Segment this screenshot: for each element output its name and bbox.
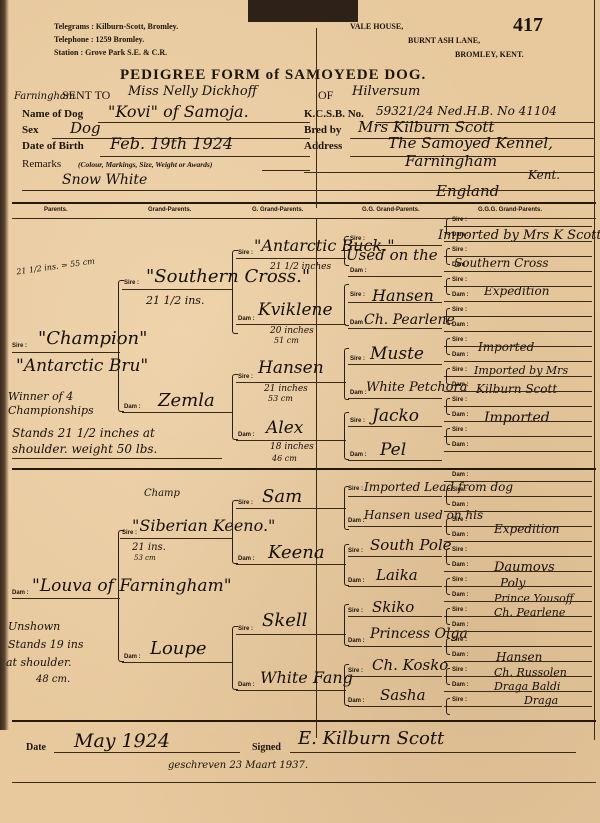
dam-note-2: Stands 19 ins <box>8 638 84 651</box>
column-header-parents: Parents. <box>44 207 68 213</box>
zemla-bracket <box>232 374 238 440</box>
ggggp-rule-label: Sire : <box>452 277 467 283</box>
ggp-6-name: Keena <box>268 542 325 563</box>
column-header-gg-grand-parents: G.G. Grand-Parents. <box>362 207 420 213</box>
ggp-7-name: Skell <box>262 610 307 631</box>
ggggp-rule-label: Sire : <box>452 367 467 373</box>
ggggp-note-4: Imported <box>478 340 534 354</box>
ggggp-rule-line <box>444 361 592 362</box>
ggggp-rule-label: Sire : <box>452 487 467 493</box>
ggggp-note-9: Daumovs <box>494 560 555 575</box>
loupe-bracket <box>232 626 238 690</box>
keeno-bracket <box>232 500 238 564</box>
ggggp-rule-line <box>444 586 592 587</box>
ggp-2-underline <box>236 324 346 325</box>
ggggp-bracket <box>446 518 450 535</box>
address-line-1: VALE HOUSE, <box>350 22 403 31</box>
gggp-bracket-3 <box>344 348 349 400</box>
gggp-6-underline <box>348 398 442 399</box>
dam-note-1: Unshown <box>8 620 60 633</box>
gggp-1-label: Sire : <box>350 236 365 242</box>
gggp-13-name: Skiko <box>372 598 414 616</box>
kcsb-label: K.C.S.B. No. <box>304 108 364 120</box>
gggp-3-label: Sire : <box>350 292 365 298</box>
gggp-16-underline <box>348 706 442 707</box>
ggp-7-underline <box>236 634 346 635</box>
remarks-hint: (Colour, Markings, Size, Weight or Award… <box>78 160 212 169</box>
dam-sire-note-2: 53 cm <box>134 554 156 562</box>
sire-dam-divider <box>12 468 596 470</box>
gggp-bracket-4 <box>344 412 349 460</box>
ggggp-rule-line <box>444 256 592 257</box>
ggp-7-label: Sire : <box>238 626 253 632</box>
ggggp-rule-label: Sire : <box>452 637 467 643</box>
gggp-15-name: Ch. Kosko <box>372 656 448 674</box>
pedigree-document: Telegrams : Kilburn-Scott, Bromley. Tele… <box>0 0 600 823</box>
ggggp-bracket <box>446 308 450 325</box>
sire-underline <box>12 352 120 353</box>
gggp-13-label: Sire : <box>348 608 363 614</box>
gggp-3-underline <box>348 302 442 303</box>
ggggp-rule-line <box>444 556 592 557</box>
signed-underline <box>290 752 576 753</box>
ggggp-bracket <box>446 548 450 565</box>
address-line-2: BURNT ASH LANE, <box>408 36 480 45</box>
sex-value: Dog <box>70 119 101 137</box>
sent-to-label: SENT TO <box>62 88 110 103</box>
dob-value: Feb. 19th 1924 <box>110 134 233 153</box>
sire-sire-note: 21 1/2 ins. <box>146 294 204 307</box>
ggggp-rule-label: Sire : <box>452 337 467 343</box>
ggggp-rule-line <box>444 286 592 287</box>
ggggp-note-8: Expedition <box>494 522 559 536</box>
remarks-value: Snow White <box>62 172 147 188</box>
ggggp-note-10: Poly <box>500 576 525 590</box>
ggggp-rule-label: Sire : <box>452 247 467 253</box>
dam-sire-note-1: 21 ins. <box>132 542 166 553</box>
ggggp-rule-label: Dam : <box>452 472 469 478</box>
ggggp-rule-line <box>444 616 592 617</box>
ggp-4-note-2: 46 cm <box>272 454 297 463</box>
ggggp-rule-line <box>444 301 592 302</box>
ggp-5-name: Sam <box>262 486 302 507</box>
ggp-2-note-2: 51 cm <box>274 336 299 345</box>
gggp-16-name: Sasha <box>380 686 426 704</box>
ggggp-rule-line <box>444 676 592 677</box>
gggp-11-name: South Pole <box>370 536 452 554</box>
header-top-rule <box>12 202 596 204</box>
ggggp-rule-line <box>444 241 592 242</box>
ggp-3-label: Sire : <box>238 374 253 380</box>
column-header-grand-parents: Grand-Parents. <box>148 207 191 213</box>
ggp-3-note-1: 21 inches <box>264 384 308 394</box>
gggp-9-underline <box>348 496 442 497</box>
dam-dam-label: Dam : <box>124 654 141 660</box>
name-value: "Kovi" of Samoja. <box>108 102 249 121</box>
gggp-7-underline <box>348 426 442 427</box>
sire-name-line1: "Champion" <box>38 328 147 349</box>
form-title: PEDIGREE FORM of SAMOYEDE DOG. <box>120 67 426 84</box>
ggggp-rule-label: Dam : <box>452 352 469 358</box>
gggp-10-underline <box>348 526 442 527</box>
ggp-3-underline <box>236 382 346 383</box>
ggggp-rule-line <box>444 421 592 422</box>
ggggp-rule-line <box>444 481 592 482</box>
ggggp-rule-line <box>444 601 592 602</box>
dam-dam-underline <box>122 662 232 663</box>
address-underline-3 <box>304 190 594 191</box>
date-label: Date <box>26 742 46 753</box>
gggp-12-name: Laika <box>376 566 418 584</box>
ggp-1-label: Sire : <box>238 250 253 256</box>
gggp-15-label: Sire : <box>348 668 363 674</box>
ggggp-rule-line <box>444 331 592 332</box>
gggp-16-label: Dam : <box>348 698 365 704</box>
ggggp-rule-label: Dam : <box>452 622 469 628</box>
sire-label: Sire : <box>12 343 27 349</box>
gggp-7-label: Sire : <box>350 418 365 424</box>
ggggp-bracket <box>446 638 450 655</box>
column-header-g-grand-parents: G. Grand-Parents. <box>252 207 303 213</box>
sire-notes-underline <box>12 458 222 459</box>
dam-label: Dam : <box>12 590 29 596</box>
ggggp-rule-label: Dam : <box>452 262 469 268</box>
address-value-2: Farningham <box>405 152 497 170</box>
column-header-ggg-grand-parents: G.G.G. Grand-Parents. <box>478 207 542 213</box>
ggggp-rule-line <box>444 406 592 407</box>
address-value-1: The Samoyed Kennel, <box>388 134 553 152</box>
sire-dam-name: Zemla <box>158 390 215 411</box>
right-border <box>594 0 595 740</box>
gggp-15-underline <box>348 676 442 677</box>
gggp-8-label: Dam : <box>350 452 367 458</box>
ggggp-rule-label: Sire : <box>452 427 467 433</box>
ggggp-rule-line <box>444 661 592 662</box>
ggp-6-underline <box>236 564 346 565</box>
dam-underline <box>12 598 120 599</box>
ggggp-note-6: Kilburn Scott <box>476 382 557 396</box>
ggggp-rule-label: Dam : <box>452 382 469 388</box>
dam-name: "Louva of Farningham" <box>32 576 232 596</box>
ggggp-bracket <box>446 248 450 265</box>
sire-sire-underline <box>122 289 232 290</box>
ggggp-note-11: Prince Yousoff <box>494 592 574 605</box>
ggggp-rule-label: Dam : <box>452 592 469 598</box>
ggggp-rule-label: Dam : <box>452 502 469 508</box>
dam-sire-name: "Siberian Keeno." <box>132 516 275 535</box>
gggp-14-label: Dam : <box>348 638 365 644</box>
ggggp-rule-label: Sire : <box>452 217 467 223</box>
ggggp-rule-line <box>444 646 592 647</box>
ggggp-rule-label: Sire : <box>452 307 467 313</box>
gggp-2-label: Dam : <box>350 268 367 274</box>
dam-dam-name: Loupe <box>150 638 207 659</box>
dam-note-4: 48 cm. <box>36 674 70 685</box>
ggggp-rule-label: Sire : <box>452 517 467 523</box>
ggggp-rule-line <box>444 496 592 497</box>
ggp-2-note-1: 20 inches <box>270 326 314 336</box>
form-number: 417 <box>513 14 543 37</box>
sire-note-top: 21 1/2 ins. = 55 cm <box>16 257 96 277</box>
dam-note-3: at shoulder. <box>6 656 72 669</box>
ggp-2-name: Kviklene <box>258 300 333 320</box>
sire-sire-label: Sire : <box>124 280 139 286</box>
ggggp-bracket <box>446 578 450 595</box>
date-value: May 1924 <box>74 730 170 752</box>
ggggp-rule-label: Dam : <box>452 232 469 238</box>
ggggp-rule-line <box>444 436 592 437</box>
gggp-11-underline <box>348 556 442 557</box>
address-value-3: Kent. <box>528 168 560 182</box>
ggggp-bracket <box>446 278 450 295</box>
name-underline <box>98 122 310 123</box>
gggp-5-name: Muste <box>370 344 424 364</box>
ggp-1-underline <box>236 258 346 259</box>
ggggp-rule-line <box>444 391 592 392</box>
sex-label: Sex <box>22 124 39 136</box>
address-line-3: BROMLEY, KENT. <box>455 50 524 59</box>
of-label: OF <box>318 88 333 103</box>
ggggp-rule-label: Dam : <box>452 682 469 688</box>
gggp-4-underline <box>348 328 442 329</box>
ggggp-rule-label: Dam : <box>452 412 469 418</box>
ggggp-bracket <box>446 668 450 685</box>
header-bottom-rule <box>12 218 596 219</box>
ggggp-bracket <box>446 608 450 625</box>
gggp-12-underline <box>348 586 442 587</box>
dam-bracket <box>118 530 124 662</box>
gggp-1-underline <box>348 245 442 246</box>
ggp-8-underline <box>236 690 346 691</box>
sire-note-4: shoulder. weight 50 lbs. <box>12 442 157 456</box>
gggp-4-name: Ch. Pearlene <box>364 312 455 328</box>
ggggp-rule-label: Sire : <box>452 697 467 703</box>
dam-sire-underline <box>120 538 232 539</box>
remarks-underline-2 <box>22 190 310 191</box>
ink-blot <box>248 0 358 22</box>
dob-label: Date of Birth <box>22 140 84 152</box>
ggp-4-label: Dam : <box>238 432 255 438</box>
ggggp-rule-label: Dam : <box>452 562 469 568</box>
ggggp-rule-label: Sire : <box>452 667 467 673</box>
ggggp-rule-label: Sire : <box>452 397 467 403</box>
ggggp-rule-label: Dam : <box>452 652 469 658</box>
sire-bracket <box>118 280 124 412</box>
telephone-line: Telephone : 1259 Bromley. <box>54 35 144 44</box>
ggggp-rule-line <box>444 271 592 272</box>
ggp-5-label: Sire : <box>238 500 253 506</box>
ggggp-note-12: Ch. Pearlene <box>494 606 565 619</box>
gggp-5-underline <box>348 364 442 365</box>
gggp-6-label: Dam : <box>350 390 367 396</box>
ggggp-rule-line <box>444 541 592 542</box>
gggp-9-name: Imported Lead from dog <box>364 480 513 494</box>
dam-sire-prefix: Champ <box>144 488 180 499</box>
ggggp-bracket <box>446 368 450 385</box>
address-value-4: England <box>436 182 499 200</box>
ggp-1-note: 21 1/2 inches <box>270 262 331 272</box>
remarks-underline <box>262 170 310 171</box>
ggggp-rule-line <box>444 376 592 377</box>
gggp-8-underline <box>348 460 442 461</box>
footer-annotation: geschreven 23 Maart 1937. <box>168 760 308 771</box>
ggp-4-name: Alex <box>266 418 303 438</box>
ggggp-rule-label: Sire : <box>452 577 467 583</box>
station-line: Station : Grove Park S.E. & C.R. <box>54 48 167 57</box>
signed-label: Signed <box>252 742 281 753</box>
sire-note-2: Championships <box>8 404 94 417</box>
telegrams-line: Telegrams : Kilburn-Scott, Bromley. <box>54 22 178 31</box>
ggggp-rule-line <box>444 571 592 572</box>
signed-value: E. Kilburn Scott <box>298 728 444 749</box>
bred-by-label: Bred by <box>304 124 341 136</box>
footer-bottom-rule <box>12 782 596 783</box>
ggggp-rule-label: Sire : <box>452 607 467 613</box>
ggggp-rule-line <box>444 631 592 632</box>
sire-dam-underline <box>122 412 232 413</box>
ggggp-rule-line <box>444 226 592 227</box>
gggp-bracket-2 <box>344 284 349 326</box>
ggggp-bracket <box>446 218 450 235</box>
ggggp-rule-label: Dam : <box>452 532 469 538</box>
ggp-4-underline <box>236 440 346 441</box>
ggggp-note-7: Imported <box>484 410 550 426</box>
sire-name-line2: "Antarctic Bru" <box>16 356 148 376</box>
ggggp-bracket <box>446 698 450 715</box>
gggp-11-label: Sire : <box>348 548 363 554</box>
ggggp-note-14: Ch. Russolen <box>494 666 567 679</box>
ggggp-rule-label: Dam : <box>452 292 469 298</box>
dob-underline <box>100 156 310 157</box>
gggp-7-name: Jacko <box>372 406 419 426</box>
sire-note-3: Stands 21 1/2 inches at <box>12 426 155 440</box>
of-value: Hilversum <box>352 84 420 99</box>
gggp-8-name: Pel <box>380 440 406 460</box>
gggp-5-label: Sire : <box>350 356 365 362</box>
kcsb-value: 59321/24 Ned.H.B. No 41104 <box>376 104 557 118</box>
ggggp-rule-label: Dam : <box>452 322 469 328</box>
ggp-2-label: Dam : <box>238 316 255 322</box>
gggp-12-label: Dam : <box>348 578 365 584</box>
ggggp-rule-line <box>444 526 592 527</box>
ggp-3-note-2: 53 cm <box>268 394 293 403</box>
ggp-3-name: Hansen <box>258 358 324 378</box>
ggggp-rule-line <box>444 346 592 347</box>
footer-top-rule <box>12 720 596 722</box>
sire-note-1: Winner of 4 <box>8 390 73 403</box>
gggp-14-underline <box>348 646 442 647</box>
ggp-8-name: White Fang <box>260 668 353 687</box>
date-underline <box>54 752 240 753</box>
gggp-13-underline <box>348 616 442 617</box>
address-label: Address <box>304 140 342 152</box>
ggggp-rule-line <box>444 451 592 452</box>
ggggp-rule-line <box>444 316 592 317</box>
ggggp-bracket <box>446 338 450 355</box>
ggggp-bracket <box>446 428 450 445</box>
central-divider <box>316 218 317 738</box>
gggp-10-label: Dam : <box>348 518 365 524</box>
ggp-4-note-1: 18 inches <box>270 442 314 452</box>
gggp-1-text: Used on the <box>346 246 438 264</box>
ggp-8-label: Dam : <box>238 682 255 688</box>
sire-dam-label: Dam : <box>124 404 141 410</box>
ggggp-bracket <box>446 398 450 415</box>
ggggp-rule-line <box>444 706 592 707</box>
sent-to-value: Miss Nelly Dickhoff <box>128 84 257 99</box>
gggp-9-label: Sire : <box>348 486 363 492</box>
ggp-6-label: Dam : <box>238 556 255 562</box>
ggggp-rule-line <box>444 511 592 512</box>
remarks-label: Remarks <box>22 158 61 170</box>
gggp-2-underline <box>348 276 442 277</box>
ggp-5-underline <box>236 508 346 509</box>
ggggp-rule-label: Dam : <box>452 442 469 448</box>
ggggp-rule-line <box>444 691 592 692</box>
ggggp-bracket <box>446 488 450 505</box>
ggggp-rule-label: Sire : <box>452 547 467 553</box>
